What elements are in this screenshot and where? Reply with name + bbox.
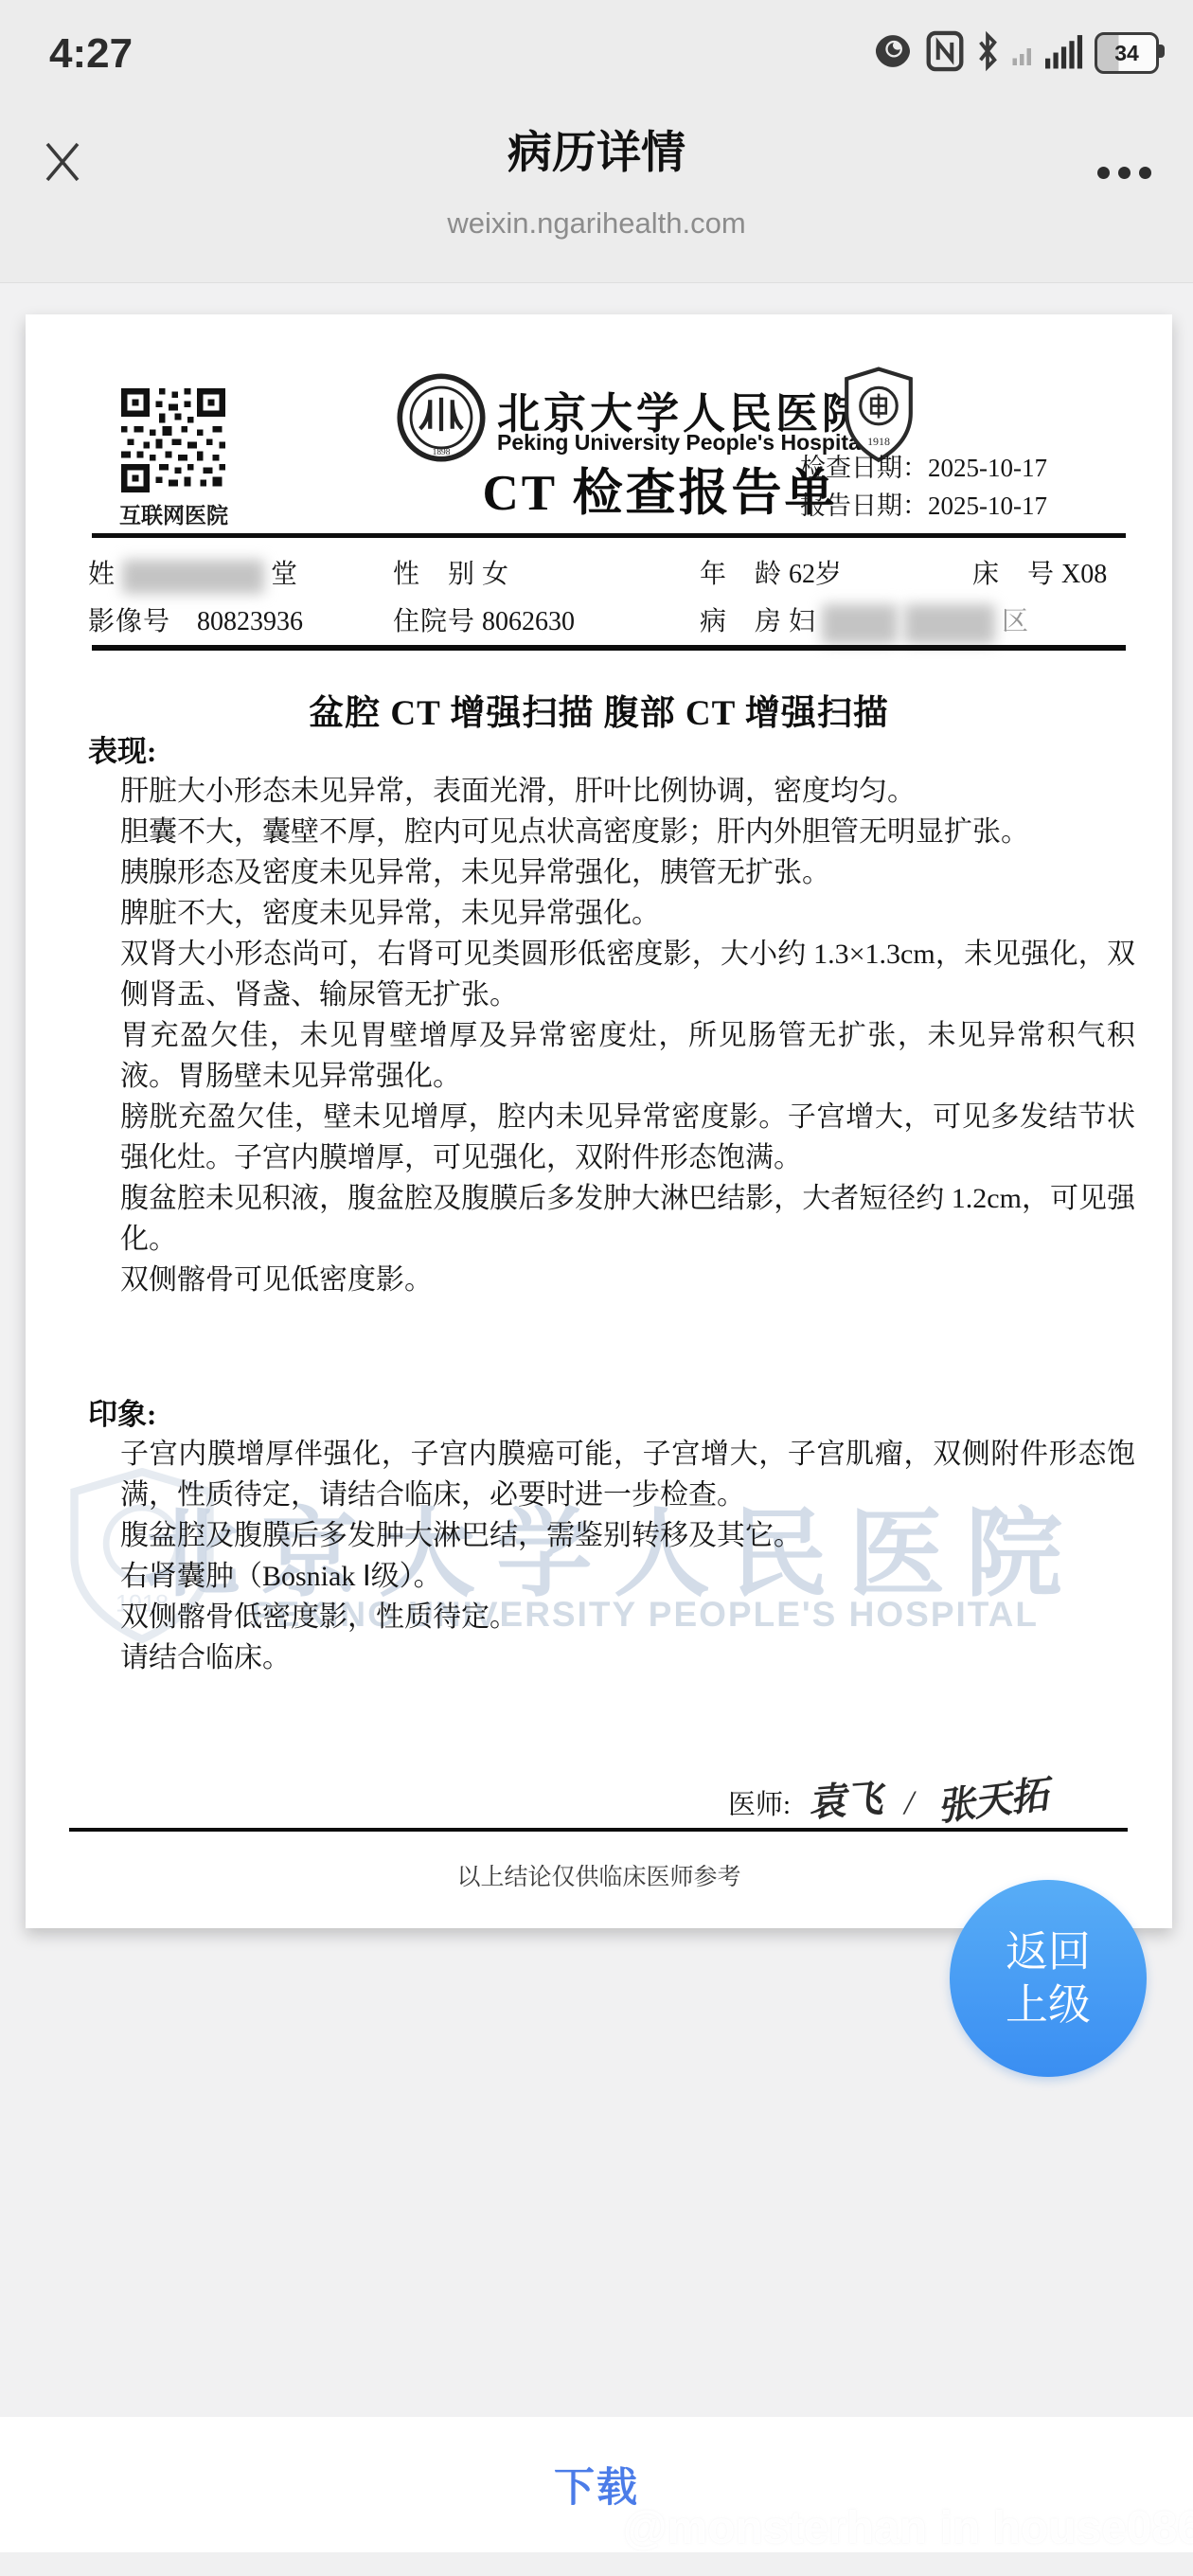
impression-list: 子宫内膜增厚伴强化，子宫内膜癌可能，子宫增大，子宫肌瘤，双侧附件形态饱满，性质待… (120, 1434, 1135, 1678)
divider (92, 533, 1126, 538)
qr-code-image (121, 388, 225, 497)
finding-line: 膀胱充盈欠佳，壁未见增厚，腔内未见异常密度影。子宫增大，可见多发结节状强化灶。子… (120, 1097, 1135, 1178)
page-title: 病历详情 (0, 117, 1193, 181)
patient-ward: 病 房 妇 区 (700, 600, 1028, 644)
status-time: 4:27 (49, 30, 133, 78)
bluetooth-icon (975, 29, 1000, 78)
screen: 4:27 34 病历详情 weixin.ngarih (0, 0, 1193, 2576)
status-icons: 34 (871, 28, 1159, 78)
secondary-signal-icon (1011, 32, 1034, 75)
signal-icon (1045, 29, 1083, 78)
nfc-icon (926, 30, 964, 77)
doctor-label: 医师: (728, 1783, 791, 1822)
redacted-ward (904, 604, 995, 644)
qr-label: 互联网医院 (105, 498, 242, 529)
impression-line: 子宫内膜增厚伴强化，子宫内膜癌可能，子宫增大，子宫肌瘤，双侧附件形态饱满，性质待… (120, 1434, 1135, 1515)
doctor-signature-row: 医师: 袁飞 / 张天拓 (728, 1771, 1047, 1825)
patient-gender: 性 别 女 (393, 553, 508, 591)
patient-image-no: 影像号 80823936 (88, 600, 303, 638)
finding-line: 胃充盈欠佳，未见胃壁增厚及异常密度灶，所见肠管无扩张，未见异常积气积液。胃肠壁未… (120, 1015, 1135, 1097)
home-indicator-strip (0, 2552, 1193, 2576)
battery-percent: 34 (1114, 41, 1139, 66)
doctor-signature-1: 袁飞 (806, 1768, 883, 1827)
exam-title: 盆腔 CT 增强扫描 腹部 CT 增强扫描 (26, 684, 1172, 735)
report-card: 1918 北京大学人民医院 PEKING UNIVERSITY PEOPLE'S… (26, 314, 1172, 1928)
divider (69, 1828, 1128, 1832)
impression-line: 腹盆腔及腹膜后多发肿大淋巴结，需鉴别转移及其它。 (120, 1515, 1135, 1556)
screenshot-watermark: @monsterhan in house086 (623, 2502, 1193, 2554)
patient-row-2: 影像号 80823936 住院号 8062630 病 房 妇 区 (26, 600, 1172, 642)
findings-list: 肝脏大小形态未见异常，表面光滑，肝叶比例协调，密度均匀。胆囊不大，囊壁不厚，腔内… (120, 771, 1135, 1300)
finding-line: 双侧髂骨可见低密度影。 (120, 1260, 1135, 1300)
svg-text:1918: 1918 (867, 435, 890, 448)
impression-line: 双侧髂骨低密度影，性质待定。 (120, 1597, 1135, 1637)
patient-bed: 床 号 X08 (972, 553, 1107, 591)
finding-line: 胰腺形态及密度未见异常，未见异常强化，胰管无扩张。 (120, 852, 1135, 893)
header-bar: 4:27 34 病历详情 weixin.ngarih (0, 0, 1193, 283)
impression-line: 请结合临床。 (120, 1637, 1135, 1678)
report-dates: 检查日期：2025-10-17 报告日期：2025-10-17 (800, 449, 1047, 525)
patient-row-1: 姓 堂 性 别 女 年 龄 62岁 床 号 X08 (26, 553, 1172, 595)
impression-label: 印象: (88, 1390, 156, 1433)
findings-label: 表现: (88, 727, 156, 770)
exam-date-row: 检查日期：2025-10-17 (800, 449, 1047, 487)
battery-icon: 34 (1095, 32, 1159, 74)
patient-age: 年 龄 62岁 (700, 553, 842, 591)
eye-icon (871, 29, 915, 78)
redacted-name (122, 560, 264, 594)
report-date-row: 报告日期：2025-10-17 (800, 487, 1047, 525)
redacted-ward (822, 604, 898, 644)
more-menu-icon[interactable] (1097, 167, 1151, 179)
finding-line: 腹盆腔未见积液，腹盆腔及腹膜后多发肿大淋巴结影，大者短径约 1.2cm，可见强化… (120, 1178, 1135, 1260)
patient-admission-no: 住院号 8062630 (393, 600, 575, 638)
finding-line: 肝脏大小形态未见异常，表面光滑，肝叶比例协调，密度均匀。 (120, 771, 1135, 812)
patient-name: 姓 堂 (88, 553, 297, 594)
signature-separator: / (904, 1782, 914, 1822)
back-to-parent-button[interactable]: 返回 上级 (950, 1880, 1147, 2077)
finding-line: 脾脏不大，密度未见异常，未见异常强化。 (120, 893, 1135, 934)
footer-note: 以上结论仅供临床医师参考 (26, 1858, 1172, 1892)
fab-line1: 返回 (1006, 1925, 1091, 1978)
page-url: weixin.ngarihealth.com (0, 206, 1193, 241)
divider (92, 645, 1126, 651)
doctor-signature-2: 张天拓 (934, 1764, 1050, 1832)
finding-line: 胆囊不大，囊壁不厚，腔内可见点状高密度影；肝内外胆管无明显扩张。 (120, 812, 1135, 852)
impression-line: 右肾囊肿（Bosniak Ⅰ级）。 (120, 1556, 1135, 1597)
fab-line2: 上级 (1006, 1978, 1091, 2031)
finding-line: 双肾大小形态尚可，右肾可见类圆形低密度影，大小约 1.3×1.3cm，未见强化，… (120, 934, 1135, 1015)
